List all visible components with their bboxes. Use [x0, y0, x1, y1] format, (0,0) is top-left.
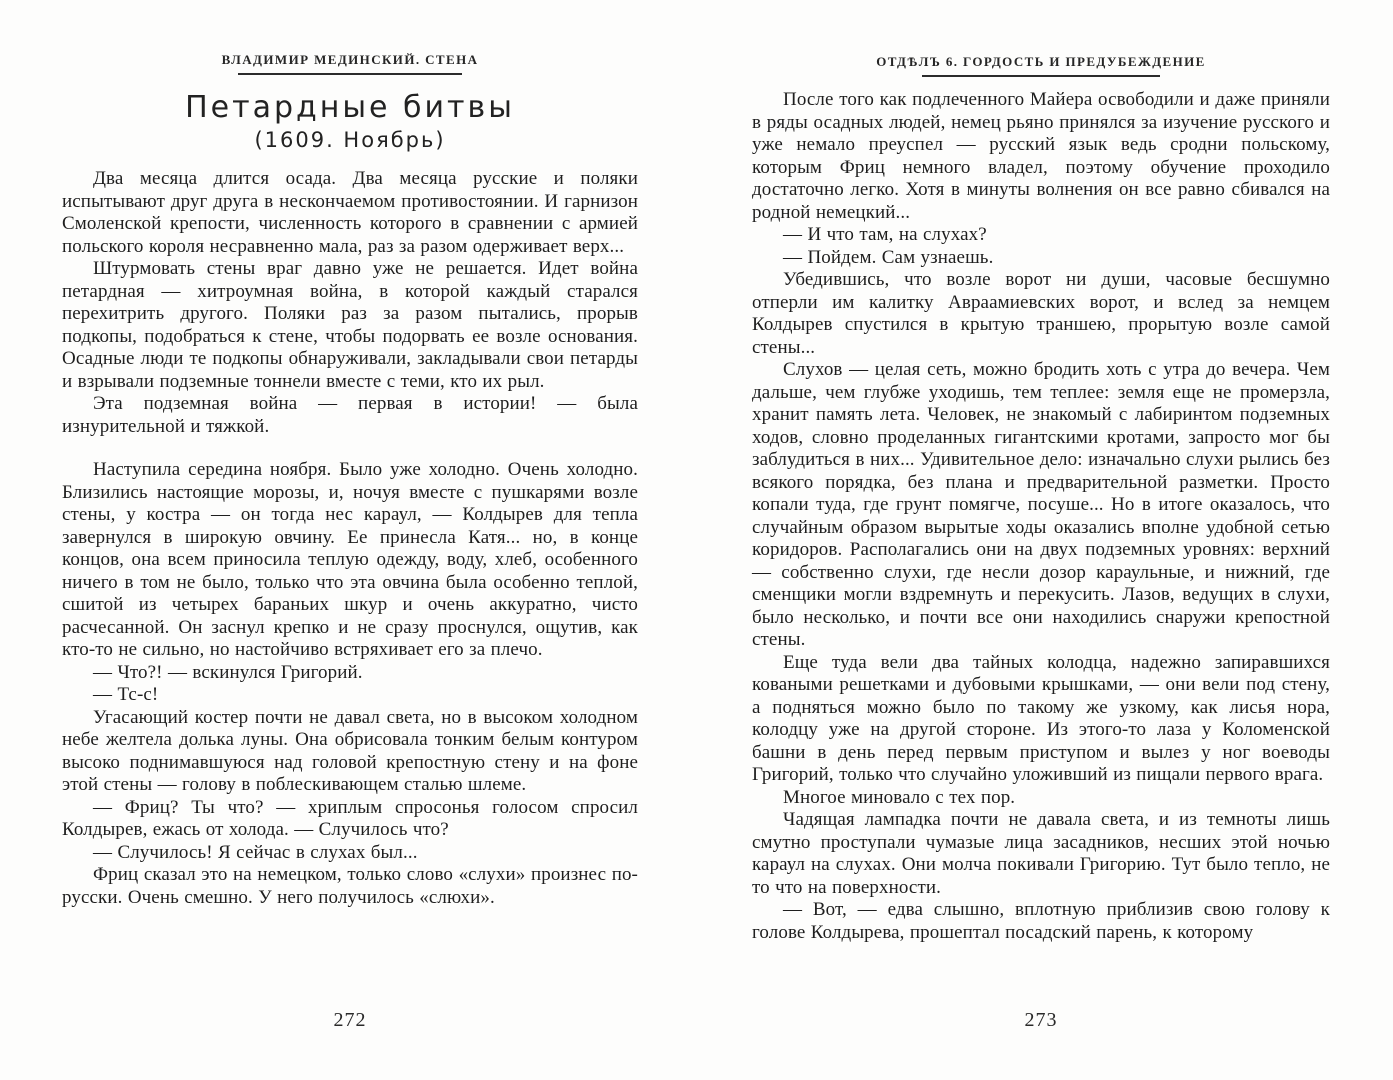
paragraph: Убедившись, что возле ворот ни души, час… [752, 269, 1330, 359]
paragraph: — Вот, — едва слышно, вплотную приблизив… [752, 899, 1330, 944]
paragraph: Слухов — целая сеть, можно бродить хоть … [752, 359, 1330, 652]
chapter-subtitle: (1609. Ноябрь) [62, 128, 638, 152]
paragraph: Еще туда вели два тайных колодца, надежн… [752, 652, 1330, 787]
right-running-header: ОТДѢЛЪ 6. ГОРДОСТЬ И ПРЕДУБЕЖДЕНИЕ [752, 54, 1330, 70]
paragraph: Штурмовать стены враг давно уже не решае… [62, 258, 638, 393]
paragraph: — Пойдем. Сам узнаешь. [752, 247, 1330, 270]
paragraph: Угасающий костер почти не давал света, н… [62, 707, 638, 797]
left-page-number: 272 [62, 1009, 638, 1032]
paragraph: Многое миновало с тех пор. [752, 787, 1330, 810]
paragraph: — И что там, на слухах? [752, 224, 1330, 247]
right-page-number: 273 [752, 1009, 1330, 1032]
paragraph: — Фриц? Ты что? — хриплым спросонья голо… [62, 797, 638, 842]
right-header-rule [922, 75, 1160, 77]
paragraph: Фриц сказал это на немецком, только слов… [62, 864, 638, 909]
paragraph: После того как подлеченного Майера освоб… [752, 89, 1330, 224]
paragraph: Эта подземная война — первая в истории! … [62, 393, 638, 438]
paragraph: Два месяца длится осада. Два месяца русс… [62, 168, 638, 258]
left-running-header: ВЛАДИМИР МЕДИНСКИЙ. СТЕНА [62, 52, 638, 68]
paragraph: Наступила середина ноября. Было уже холо… [62, 459, 638, 662]
chapter-title: Петардные битвы [62, 90, 638, 125]
paragraph: — Случилось! Я сейчас в слухах был... [62, 842, 638, 865]
paragraph: — Тс-с! [62, 684, 638, 707]
left-page: ВЛАДИМИР МЕДИНСКИЙ. СТЕНА Петардные битв… [62, 0, 638, 1080]
book-spread: ВЛАДИМИР МЕДИНСКИЙ. СТЕНА Петардные битв… [0, 0, 1393, 1080]
right-body-text: После того как подлеченного Майера освоб… [752, 89, 1330, 944]
right-page: ОТДѢЛЪ 6. ГОРДОСТЬ И ПРЕДУБЕЖДЕНИЕ После… [752, 0, 1330, 1080]
left-header-rule [238, 73, 462, 75]
paragraph: — Что?! — вскинулся Григорий. [62, 662, 638, 685]
paragraph: Чадящая лампадка почти не давала света, … [752, 809, 1330, 899]
left-body-text: Два месяца длится осада. Два месяца русс… [62, 168, 638, 909]
